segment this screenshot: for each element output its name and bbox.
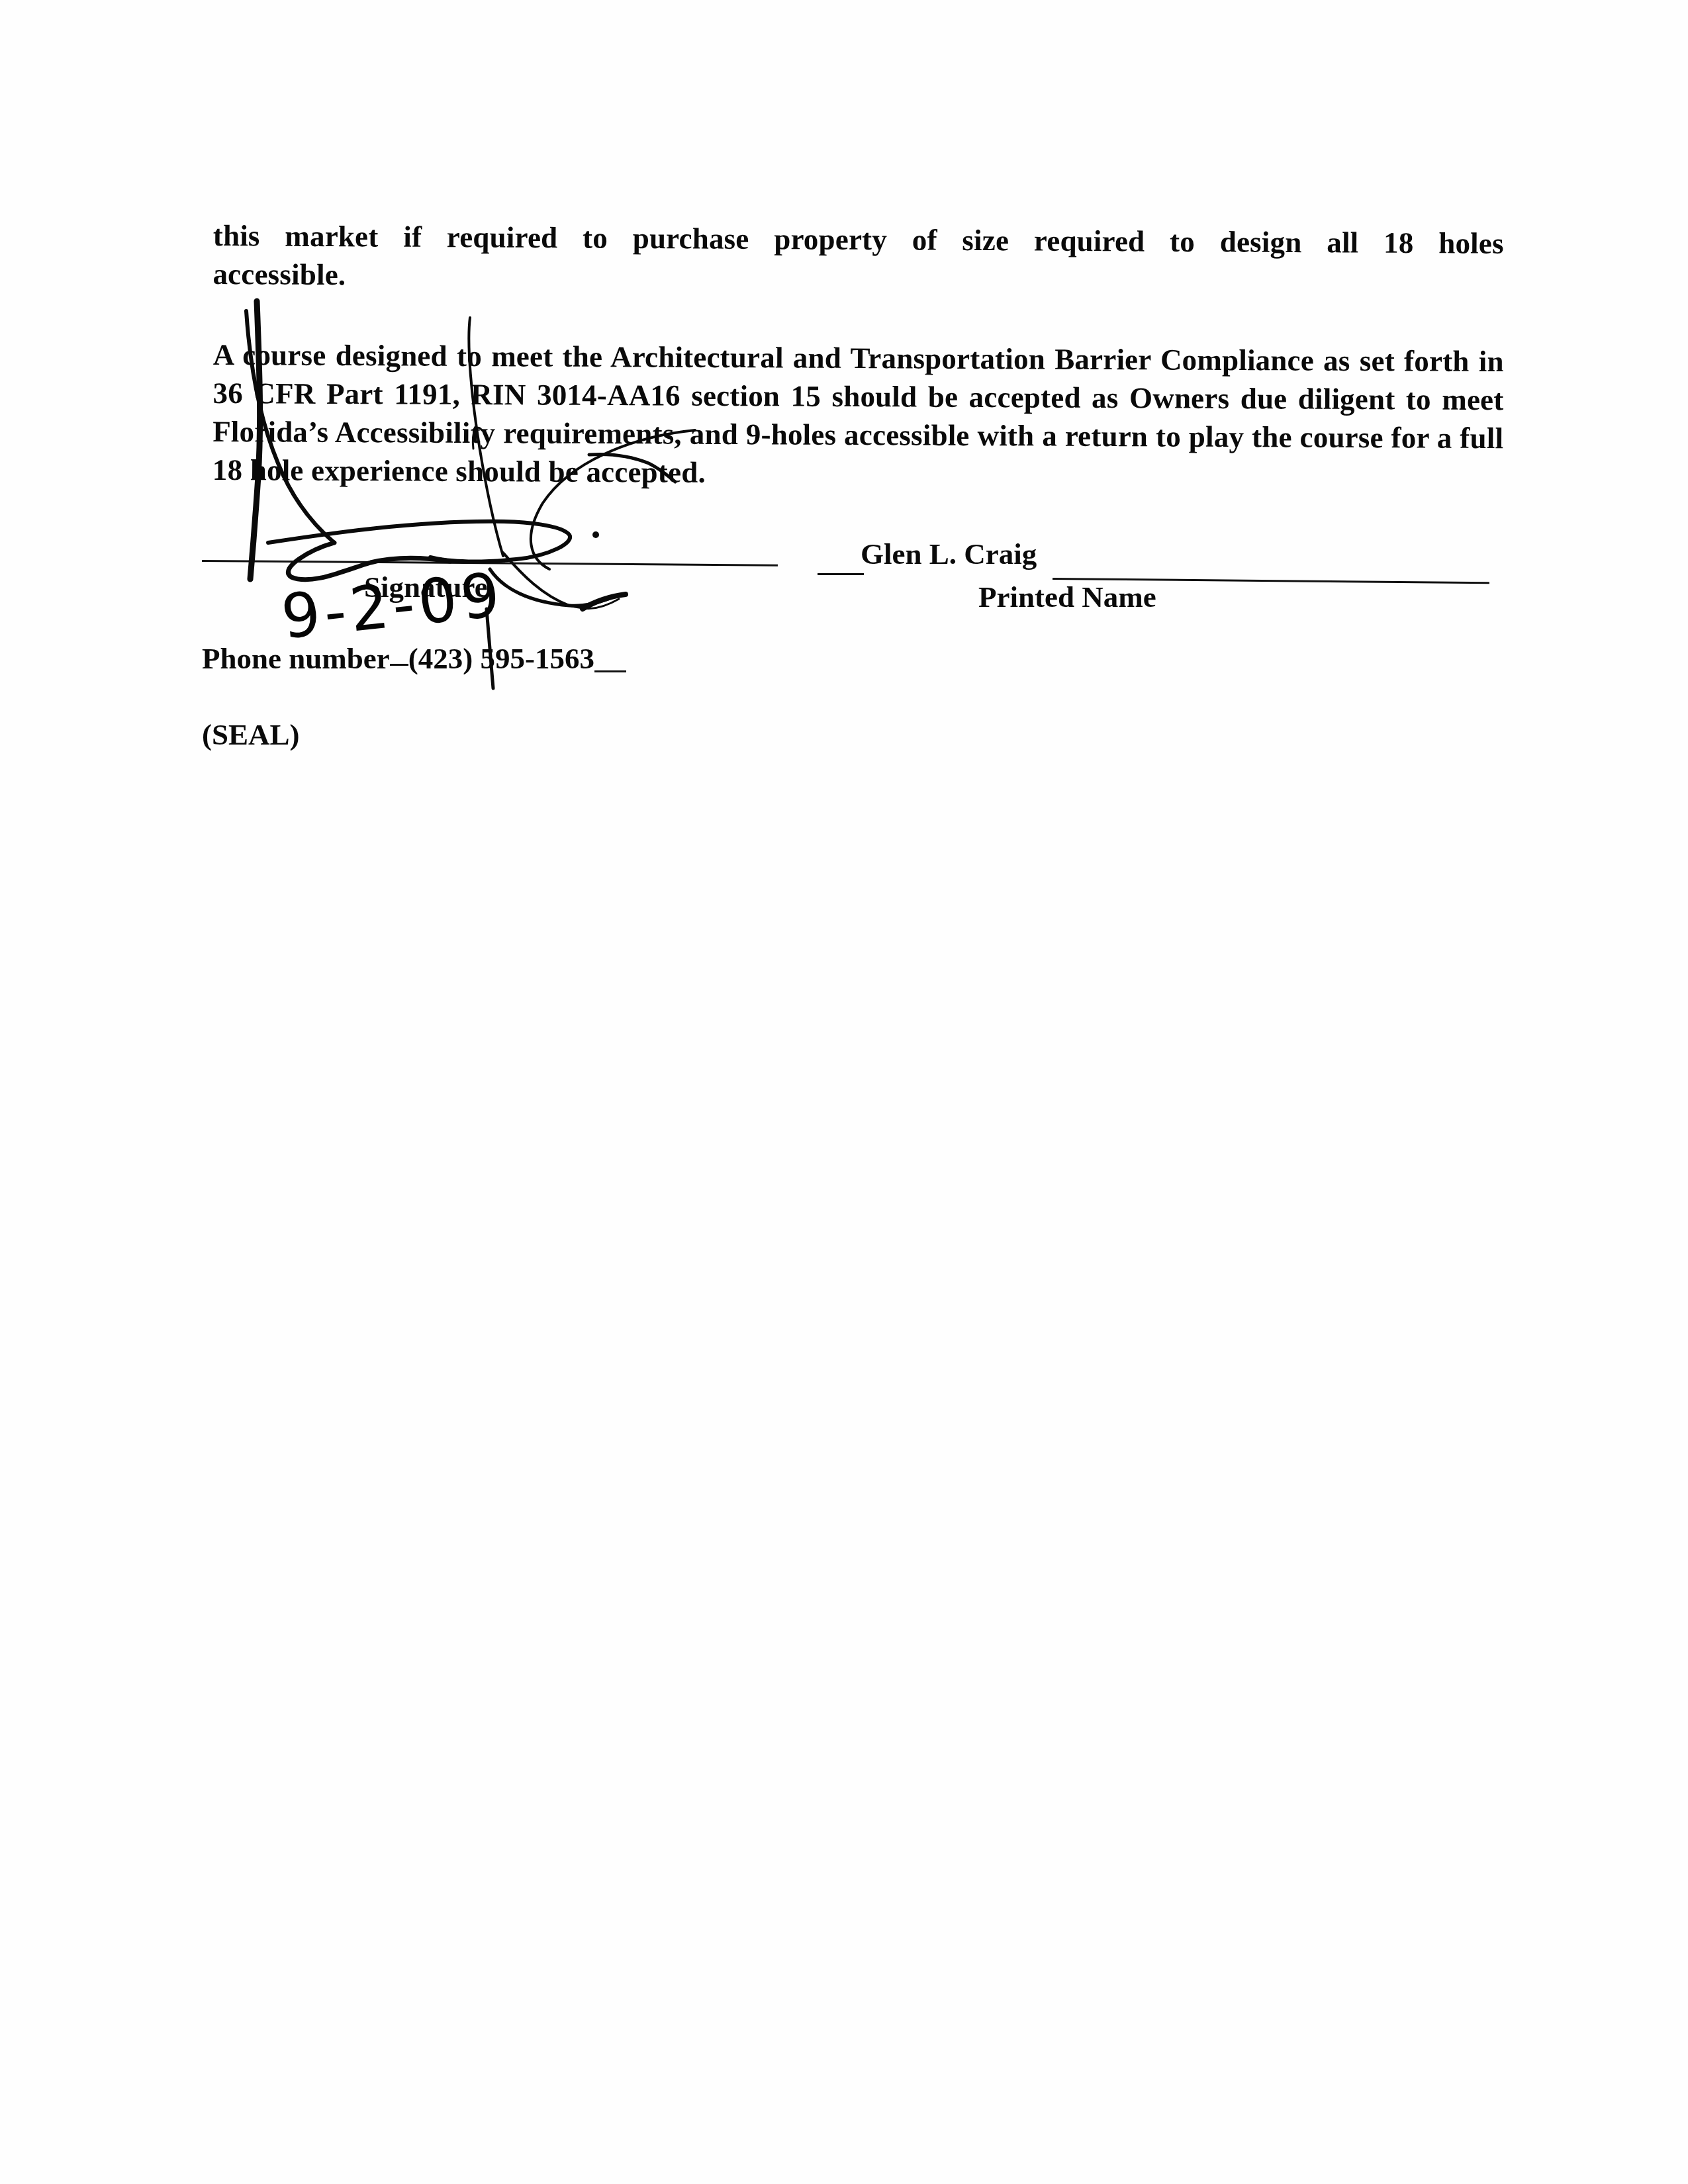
phone-underline [390,664,408,666]
printed-name-line-lead [818,573,864,575]
paragraph-compliance-statement: A course designed to meet the Architectu… [212,336,1504,496]
printed-name-value: Glen L. Craig [861,537,1037,570]
handwritten-date: 9-2-09 [278,559,507,653]
paragraph-continuation: this market if required to purchase prop… [212,216,1504,301]
handwritten-signature-icon [0,0,1688,2184]
seal-label: (SEAL) [202,718,300,751]
document-page: this market if required to purchase prop… [0,0,1688,2184]
phone-value: (423) 595-1563 [408,642,594,675]
printed-name-label: Printed Name [978,580,1156,614]
phone-underline-tail [594,670,626,672]
phone-number-row: Phone number(423) 595-1563 [202,642,626,675]
